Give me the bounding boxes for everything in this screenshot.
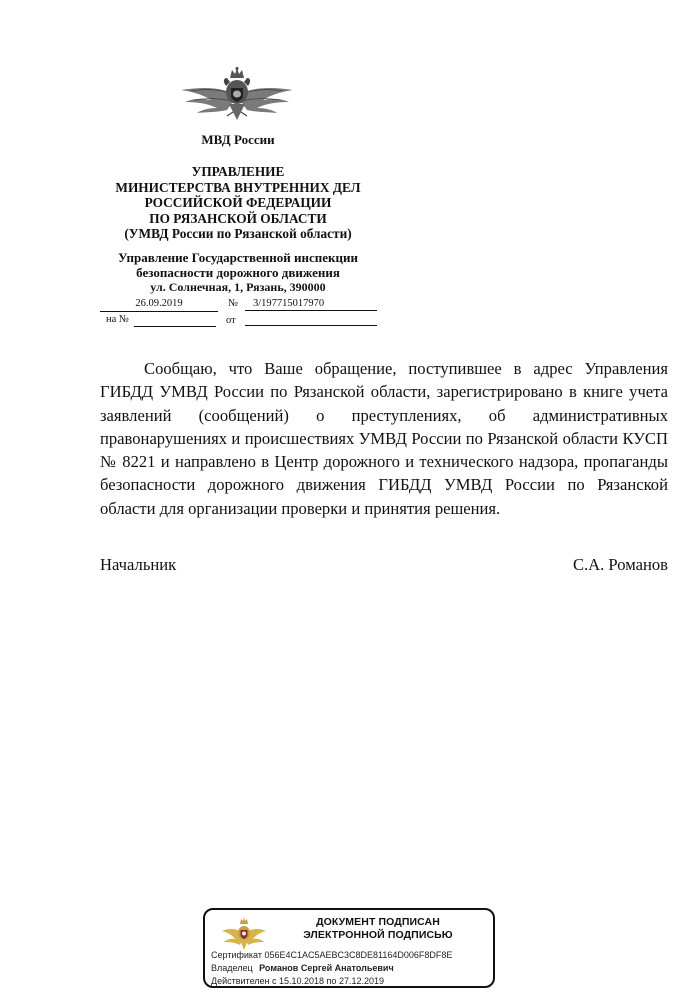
signatory-position: Начальник — [100, 555, 176, 575]
outgoing-date: 26.09.2019 — [100, 298, 218, 312]
number-label: № — [228, 298, 238, 310]
dept-line: безопасности дорожного движения — [98, 265, 378, 280]
org-line: МИНИСТЕРСТВА ВНУТРЕННИХ ДЕЛ — [98, 180, 378, 196]
owner-label: Владелец — [211, 963, 253, 973]
owner-line: Владелец Романов Сергей Анатольевич — [211, 963, 394, 973]
org-line: РОССИЙСКОЙ ФЕДЕРАЦИИ — [98, 195, 378, 211]
certificate-line: Сертификат 056E4C1AC5AEBC3C8DE81164D006F… — [211, 950, 452, 960]
department-address: ул. Солнечная, 1, Рязань, 390000 — [98, 280, 378, 295]
org-line: (УМВД России по Рязанской области) — [98, 226, 378, 242]
from-date-label: от — [226, 315, 236, 327]
agency-short-name: МВД России — [100, 132, 376, 148]
organization-name-block: УПРАВЛЕНИЕ МИНИСТЕРСТВА ВНУТРЕННИХ ДЕЛ Р… — [98, 164, 378, 242]
dept-line: Управление Государственной инспекции — [98, 250, 378, 265]
reference-number-label: на № — [106, 314, 129, 326]
validity-line: Действителен с 15.10.2018 по 27.12.2019 — [211, 976, 384, 986]
from-date-field — [245, 313, 377, 326]
org-line: УПРАВЛЕНИЕ — [98, 164, 378, 180]
electronic-signature-stamp: ДОКУМЕНТ ПОДПИСАН ЭЛЕКТРОННОЙ ПОДПИСЬЮ С… — [203, 908, 495, 988]
mvd-emblem-icon — [177, 66, 297, 130]
owner-name: Романов Сергей Анатольевич — [259, 963, 394, 973]
body-paragraph: Сообщаю, что Ваше обращение, поступившее… — [100, 357, 668, 520]
signature-row: Начальник С.А. Романов — [100, 555, 668, 575]
reference-number-field — [134, 313, 216, 327]
reference-row: на № от — [100, 313, 377, 327]
org-line: ПО РЯЗАНСКОЙ ОБЛАСТИ — [98, 211, 378, 227]
signatory-name: С.А. Романов — [573, 555, 668, 575]
letter-body: Сообщаю, что Ваше обращение, поступившее… — [100, 357, 668, 520]
certificate-number: 056E4C1AC5AEBC3C8DE81164D006F8DF8E — [264, 950, 452, 960]
outgoing-number: 3/197715017970 — [245, 298, 377, 311]
stamp-title: ДОКУМЕНТ ПОДПИСАН ЭЛЕКТРОННОЙ ПОДПИСЬЮ — [267, 916, 489, 942]
certificate-label: Сертификат — [211, 950, 262, 960]
stamp-title-line: ЭЛЕКТРОННОЙ ПОДПИСЬЮ — [267, 929, 489, 942]
department-block: Управление Государственной инспекции без… — [98, 250, 378, 295]
stamp-title-line: ДОКУМЕНТ ПОДПИСАН — [267, 916, 489, 929]
registration-row: 26.09.2019 № 3/197715017970 — [100, 298, 377, 312]
